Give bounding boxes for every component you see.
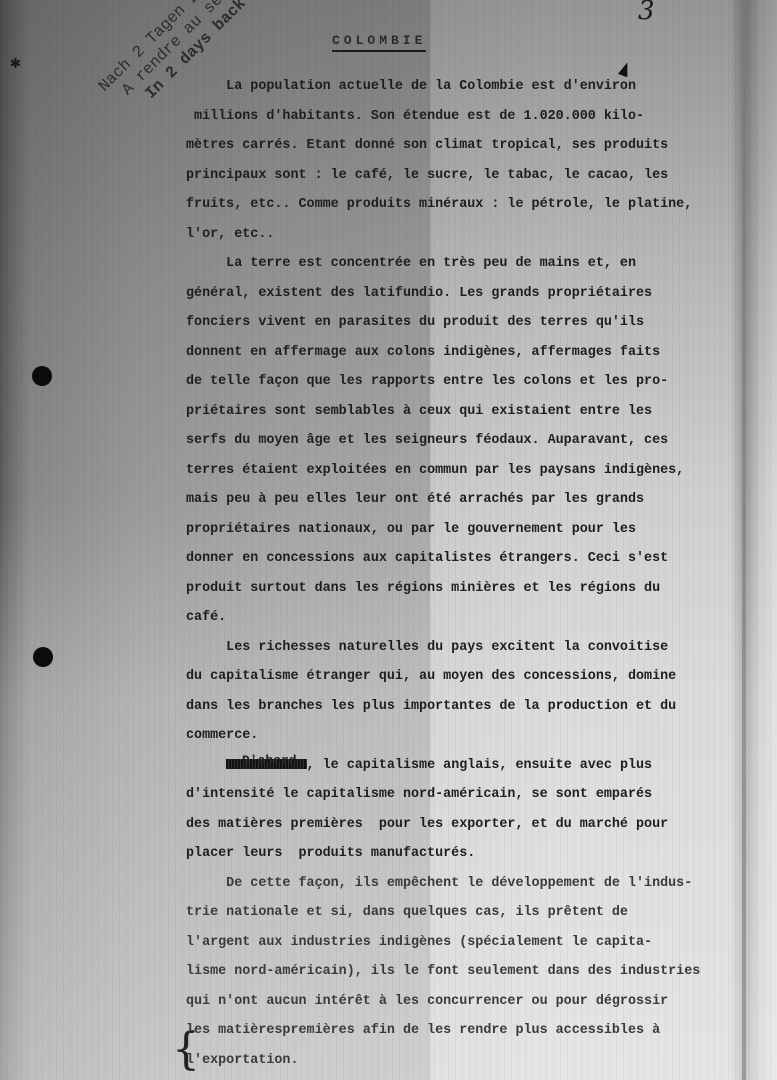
text-line: les matièrespremières afin de les rendre… bbox=[186, 1016, 746, 1046]
text-line: l'argent aux industries indigènes (spéci… bbox=[186, 928, 746, 958]
text-line: l'exportation. bbox=[186, 1046, 746, 1076]
text-line: commerce. bbox=[186, 721, 746, 751]
text-line: mais peu à peu elles leur ont été arrach… bbox=[186, 485, 746, 515]
text-line: placer leurs produits manufacturés. bbox=[186, 839, 746, 869]
text-line: de telle façon que les rapports entre le… bbox=[186, 367, 746, 397]
text-line: La population actuelle de la Colombie es… bbox=[186, 72, 746, 102]
text-line: fruits, etc.. Comme produits minéraux : … bbox=[186, 190, 746, 220]
text-line: café. bbox=[186, 603, 746, 633]
text-line: priétaires sont semblables à ceux qui ex… bbox=[186, 397, 746, 427]
text-line: général, existent des latifundio. Les gr… bbox=[186, 279, 746, 309]
text-line: donnent en affermage aux colons indigène… bbox=[186, 338, 746, 368]
margin-mark: ✱ bbox=[10, 52, 21, 74]
text-line: des matières premières pour les exporter… bbox=[186, 810, 746, 840]
text-line: dans les branches les plus importantes d… bbox=[186, 692, 746, 722]
text-line: lisme nord-américain), ils le font seule… bbox=[186, 957, 746, 987]
text-line: d'intensité le capitalisme nord-américai… bbox=[186, 780, 746, 810]
text-line: qui n'ont aucun intérêt à les concurrenc… bbox=[186, 987, 746, 1017]
text-line: l'or, etc.. bbox=[186, 220, 746, 250]
punch-hole-bottom bbox=[33, 647, 53, 667]
text-line: millions d'habitants. Son étendue est de… bbox=[186, 102, 746, 132]
margin-bracket: { bbox=[172, 1028, 200, 1072]
text-line: De cette façon, ils empêchent le dévelop… bbox=[186, 869, 746, 899]
text-line: fonciers vivent en parasites du produit … bbox=[186, 308, 746, 338]
text-line: du capitalisme étranger qui, au moyen de… bbox=[186, 662, 746, 692]
text-line: serfs du moyen âge et les seigneurs féod… bbox=[186, 426, 746, 456]
text-line: Les richesses naturelles du pays exciten… bbox=[186, 633, 746, 663]
text-line: donner en concessions aux capitalistes é… bbox=[186, 544, 746, 574]
document-title: COLOMBIE bbox=[332, 33, 426, 52]
text-line: La terre est concentrée en très peu de m… bbox=[186, 249, 746, 279]
document-body: La population actuelle de la Colombie es… bbox=[186, 72, 746, 1075]
page-number: 3 bbox=[638, 0, 655, 26]
text-line: trie nationale et si, dans quelques cas,… bbox=[186, 898, 746, 928]
text-line: produit surtout dans les régions minière… bbox=[186, 574, 746, 604]
text-line: propriétaires nationaux, ou par le gouve… bbox=[186, 515, 746, 545]
text-line: terres étaient exploitées en commun par … bbox=[186, 456, 746, 486]
handwritten-insertion: D'abord bbox=[242, 753, 297, 768]
punch-hole-top bbox=[32, 366, 52, 386]
text-line: mètres carrés. Etant donné son climat tr… bbox=[186, 131, 746, 161]
text-line: principaux sont : le café, le sucre, le … bbox=[186, 161, 746, 191]
